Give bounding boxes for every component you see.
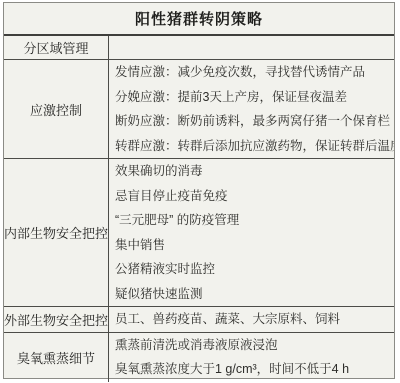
table-body: 分区域管理应激控制发情应激：减少免疫次数，寻找替代诱情产品分娩应激：提前3天上产… (4, 36, 394, 382)
table-title: 阳性猪群转阴策略 (4, 3, 394, 36)
row-content: 发情应激：减少免疫次数，寻找替代诱情产品分娩应激：提前3天上产房，保证昼夜温差断… (109, 60, 394, 158)
content-line: 员工、兽药疫苗、蔬菜、大宗原料、饲料 (115, 307, 394, 332)
content-line: 发情应激：减少免疫次数，寻找替代诱情产品 (115, 60, 394, 85)
content-line: 疑似猪快速监测 (115, 282, 394, 307)
content-line: 公猪精液实时监控 (115, 257, 394, 282)
content-line: “三元肥母” 的防疫管理 (115, 208, 394, 233)
content-line: 集中销售 (115, 233, 394, 258)
table-row: 应激控制发情应激：减少免疫次数，寻找替代诱情产品分娩应激：提前3天上产房，保证昼… (4, 59, 394, 158)
content-line: 熏蒸前清洗或消毒液原液浸泡 (115, 333, 394, 358)
content-line: 臭氧熏蒸浓度大于1 g/cm³，时间不低于4 h (115, 357, 394, 382)
row-label: 应激控制 (4, 60, 109, 158)
strategy-table: 阳性猪群转阴策略 分区域管理应激控制发情应激：减少免疫次数，寻找替代诱情产品分娩… (3, 2, 395, 379)
row-content: 员工、兽药疫苗、蔬菜、大宗原料、饲料 (109, 307, 394, 332)
row-label: 臭氧熏蒸细节 (4, 333, 109, 382)
content-line: 转群应激：转群后添加抗应激药物，保证转群后温度要求 (115, 134, 394, 159)
table-row: 外部生物安全把控员工、兽药疫苗、蔬菜、大宗原料、饲料 (4, 306, 394, 332)
table-row: 内部生物安全把控效果确切的消毒忌盲目停止疫苗免疫“三元肥母” 的防疫管理集中销售… (4, 158, 394, 306)
table-row: 分区域管理 (4, 36, 394, 59)
content-line: 分娩应激：提前3天上产房，保证昼夜温差 (115, 85, 394, 110)
row-content: 效果确切的消毒忌盲目停止疫苗免疫“三元肥母” 的防疫管理集中销售公猪精液实时监控… (109, 159, 394, 306)
content-line: 效果确切的消毒 (115, 159, 394, 184)
row-label: 外部生物安全把控 (4, 307, 109, 332)
row-content: 熏蒸前清洗或消毒液原液浸泡臭氧熏蒸浓度大于1 g/cm³，时间不低于4 h (109, 333, 394, 382)
table-row: 臭氧熏蒸细节熏蒸前清洗或消毒液原液浸泡臭氧熏蒸浓度大于1 g/cm³，时间不低于… (4, 332, 394, 382)
row-label: 内部生物安全把控 (4, 159, 109, 306)
content-line: 断奶应激：断奶前诱料，最多两窝仔猪一个保育栏 (115, 109, 394, 134)
row-label: 分区域管理 (4, 36, 109, 59)
row-content (109, 36, 394, 59)
content-line: 忌盲目停止疫苗免疫 (115, 184, 394, 209)
